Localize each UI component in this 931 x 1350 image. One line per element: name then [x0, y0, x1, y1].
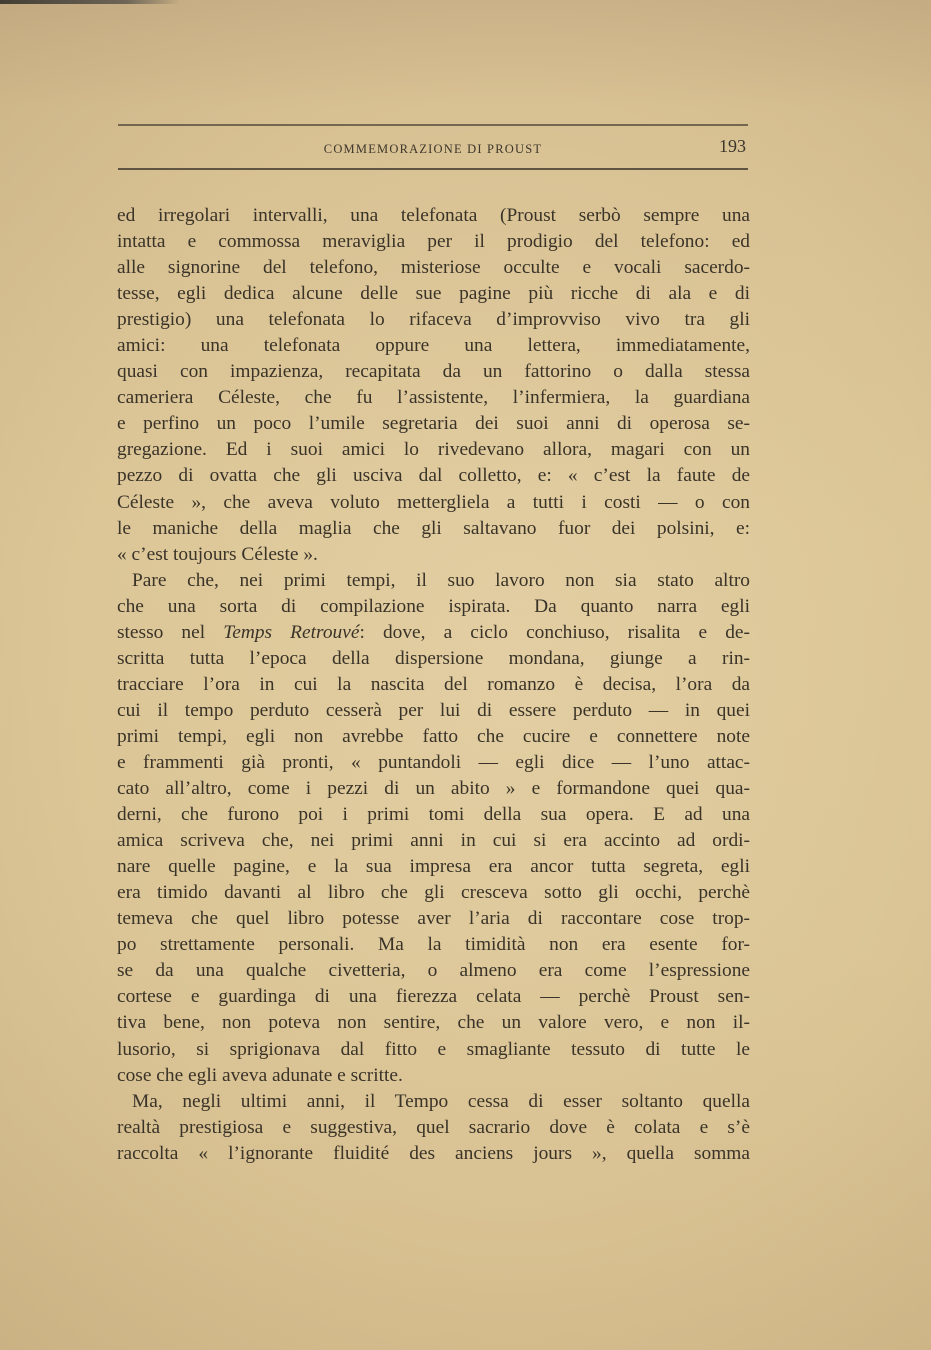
text-line: amica scriveva che, nei primi anni in cu… — [117, 828, 750, 854]
text-line: tesse, egli dedica alcune delle sue pagi… — [117, 281, 750, 307]
text-line: intatta e commossa meraviglia per il pro… — [117, 229, 750, 255]
text-line: Céleste », che aveva voluto mettergliela… — [117, 490, 750, 516]
text-line: amici: una telefonata oppure una lettera… — [117, 333, 750, 359]
running-title: COMMEMORAZIONE DI PROUST — [118, 142, 748, 157]
paragraph-end-line: cose che egli aveva adunate e scritte. — [117, 1063, 750, 1089]
text-line: prestigio) una telefonata lo rifaceva d’… — [117, 307, 750, 333]
text-line: alle signorine del telefono, misteriose … — [117, 255, 750, 281]
text-line: cameriera Céleste, che fu l’assistente, … — [117, 385, 750, 411]
text-line: derni, che furono poi i primi tomi della… — [117, 802, 750, 828]
paragraph-start-line: Ma, negli ultimi anni, il Tempo cessa di… — [117, 1089, 750, 1115]
text-line: pezzo di ovatta che gli usciva dal colle… — [117, 463, 750, 489]
text-line: e frammenti già pronti, « puntandoli — e… — [117, 750, 750, 776]
text-line: scritta tutta l’epoca della dispersione … — [117, 646, 750, 672]
text-line: le maniche della maglia che gli saltavan… — [117, 516, 750, 542]
text-line: cui il tempo perduto cesserà per lui di … — [117, 698, 750, 724]
text-line: lusorio, si sprigionava dal fitto e smag… — [117, 1037, 750, 1063]
text-line: temeva che quel libro potesse aver l’ari… — [117, 906, 750, 932]
text-line: ed irregolari intervalli, una telefonata… — [117, 203, 750, 229]
page-header: COMMEMORAZIONE DI PROUST 193 — [118, 124, 748, 172]
header-rule-bottom — [118, 168, 748, 170]
header-rule-top — [118, 124, 748, 126]
scan-edge-strip — [0, 0, 180, 4]
paragraph-end-line: « c’est toujours Céleste ». — [117, 542, 750, 568]
page-number: 193 — [719, 136, 746, 157]
text-line: realtà prestigiosa e suggestiva, quel sa… — [117, 1115, 750, 1141]
text-fragment: stesso nel — [117, 622, 223, 643]
text-line: gregazione. Ed i suoi amici lo rivedevan… — [117, 437, 750, 463]
text-line: e perfino un poco l’umile segretaria dei… — [117, 411, 750, 437]
text-line: cortese e guardinga di una fierezza cela… — [117, 984, 750, 1010]
text-line: tiva bene, non poteva non sentire, che u… — [117, 1010, 750, 1036]
body-text: ed irregolari intervalli, una telefonata… — [117, 203, 750, 1167]
book-title-italic: Temps Retrouvé — [223, 622, 359, 643]
text-line: era timido davanti al libro che gli cres… — [117, 880, 750, 906]
text-fragment: : dove, a ciclo conchiuso, risalita e de… — [359, 622, 750, 643]
text-line: quasi con impazienza, recapitata da un f… — [117, 359, 750, 385]
text-line-with-title: stesso nel Temps Retrouvé: dove, a ciclo… — [117, 620, 750, 646]
text-line: primi tempi, egli non avrebbe fatto che … — [117, 724, 750, 750]
text-line: nare quelle pagine, e la sua impresa era… — [117, 854, 750, 880]
text-line: che una sorta di compilazione ispirata. … — [117, 594, 750, 620]
text-line: cato all’altro, come i pezzi di un abito… — [117, 776, 750, 802]
text-line: se da una qualche civetteria, o almeno e… — [117, 958, 750, 984]
text-line: raccolta « l’ignorante fluidité des anci… — [117, 1141, 750, 1167]
text-line: po strettamente personali. Ma la timidit… — [117, 932, 750, 958]
paragraph-start-line: Pare che, nei primi tempi, il suo lavoro… — [117, 568, 750, 594]
text-line: tracciare l’ora in cui la nascita del ro… — [117, 672, 750, 698]
